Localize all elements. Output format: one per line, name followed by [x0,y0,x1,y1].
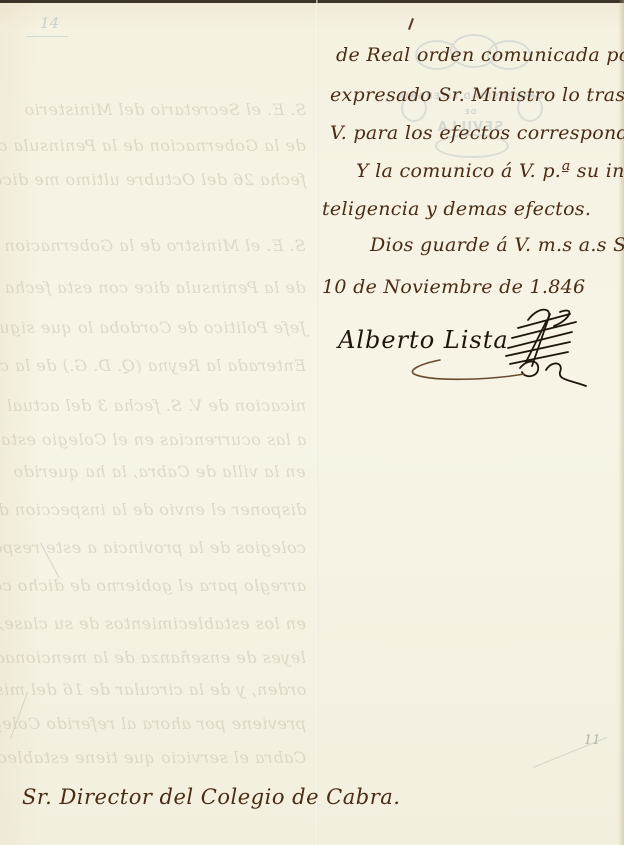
bleed-line: en la villa de Cabra, la ha querido [13,462,306,481]
bleed-line: Enterada la Reyna (Q. D. G.) de la comu- [0,356,306,375]
bleed-line: nicacion de V. S. fecha 3 del actual rel… [0,396,306,415]
bleed-line: en los establecimientos de su clase, y a… [0,614,306,633]
bleed-through-text: S. E. el Secretario del Ministerio de la… [0,0,316,845]
bleed-line: fecha 26 del Octubre ultimo me dice lo q… [0,170,306,189]
signature-rubric-flourish [400,300,600,390]
bleed-line: S. E. el Secretario del Ministerio [24,100,306,119]
letter-body-line: V. para los efectos correspondientes. [330,122,624,144]
pencil-annotation: 11 [584,733,601,748]
scanned-letter-page: 14 S. E. el Secretario del Ministerio de… [0,0,624,845]
bleed-line: de la Peninsula dice con esta fecha al [0,278,306,297]
bleed-line: S. E. el Ministro de la Gobernacion [4,236,306,255]
letter-date-line: 10 de Noviembre de 1.846 [322,276,585,298]
bleed-line: previene por ahora al referido Colegio d… [0,714,306,733]
accent-stroke [408,18,414,30]
bleed-line: leyes de enseñanza de la mencionada Real [0,648,306,667]
paper-fold-line [316,0,318,845]
letter-body-line: teligencia y demas efectos. [322,198,591,220]
bleed-line: Cabra el servicio que tiene establecido [0,748,306,767]
letter-body-line: expresado Sr. Ministro lo traslado á [330,84,624,106]
bleed-line: Jefe Politico de Cordoba lo que sigue: [0,318,306,337]
letter-body-line: Y la comunico á V. p.ª su in- [356,160,624,182]
stamp-text-line: DE [395,108,545,116]
bleed-line: orden, y de la circular de 16 del mismo … [0,680,306,699]
bleed-line: a las ocurrencias en el Colegio establec… [0,430,306,449]
addressee-line: Sr. Director del Colegio de Cabra. [22,785,400,809]
letter-closing-line: Dios guarde á V. m.s a.s Sevilla [370,234,624,256]
bleed-line: arreglo para el gobierno de dicho colegi… [0,576,306,595]
bleed-line: disponer el envio de la inspeccion de lo… [0,500,306,519]
bleed-line: de la Gobernacion de la Peninsula con [0,136,306,155]
letter-body-line: de Real orden comunicada por el [336,44,624,66]
